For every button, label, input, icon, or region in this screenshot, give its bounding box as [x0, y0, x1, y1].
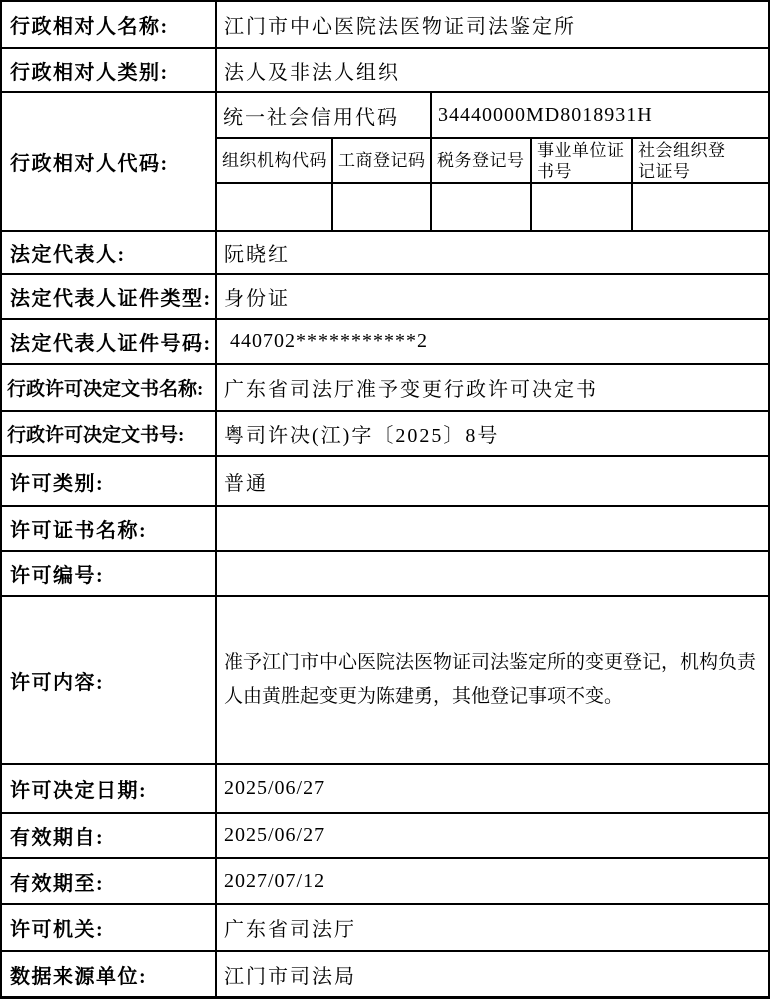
credit-code-label: 统一社会信用代码 — [217, 93, 430, 137]
field-label: 数据来源单位: — [2, 952, 217, 996]
field-value: 身份证 — [217, 275, 768, 318]
credit-code-row: 统一社会信用代码 34440000MD8018931H — [217, 93, 768, 137]
code-headers-row: 组织机构代码 工商登记码 税务登记号 事业单位证书号 社会组织登记证号 — [217, 137, 768, 182]
field-value: 2025/06/27 — [217, 814, 768, 857]
field-value: 广东省司法厅 — [217, 905, 768, 950]
field-label: 行政许可决定文书号: — [2, 412, 217, 455]
value-business-reg — [331, 184, 430, 230]
field-value — [217, 507, 768, 550]
field-value: 2025/06/27 — [217, 765, 768, 812]
row-license-content: 许可内容: 准予江门市中心医院法医物证司法鉴定所的变更登记，机构负责人由黄胜起变… — [2, 595, 768, 763]
field-value: 江门市中心医院法医物证司法鉴定所 — [217, 2, 768, 47]
row-decision-doc-name: 行政许可决定文书名称: 广东省司法厅准予变更行政许可决定书 — [2, 363, 768, 410]
license-record-table: 行政相对人名称: 江门市中心医院法医物证司法鉴定所 行政相对人类别: 法人及非法… — [0, 0, 770, 999]
row-license-cert-name: 许可证书名称: — [2, 505, 768, 550]
row-decision-doc-number: 行政许可决定文书号: 粤司许决(江)字〔2025〕8号 — [2, 410, 768, 455]
field-label: 行政许可决定文书名称: — [2, 365, 217, 410]
field-value — [217, 552, 768, 595]
field-label: 有效期至: — [2, 859, 217, 903]
field-label: 有效期自: — [2, 814, 217, 857]
header-org-code: 组织机构代码 — [217, 139, 331, 182]
field-label: 许可决定日期: — [2, 765, 217, 812]
header-business-reg: 工商登记码 — [331, 139, 430, 182]
row-valid-to: 有效期至: 2027/07/12 — [2, 857, 768, 903]
row-license-number: 许可编号: — [2, 550, 768, 595]
field-value: 广东省司法厅准予变更行政许可决定书 — [217, 365, 768, 410]
row-valid-from: 有效期自: 2025/06/27 — [2, 812, 768, 857]
value-institution-cert — [530, 184, 631, 230]
row-subject-code: 行政相对人代码: 统一社会信用代码 34440000MD8018931H 组织机… — [2, 91, 768, 230]
header-tax-reg: 税务登记号 — [430, 139, 530, 182]
row-subject-type: 行政相对人类别: 法人及非法人组织 — [2, 47, 768, 91]
header-institution-cert: 事业单位证书号 — [530, 139, 631, 182]
field-label: 许可编号: — [2, 552, 217, 595]
field-label: 行政相对人类别: — [2, 49, 217, 91]
row-license-category: 许可类别: 普通 — [2, 455, 768, 505]
header-social-org-cert: 社会组织登记证号 — [631, 139, 768, 182]
row-data-source: 数据来源单位: 江门市司法局 — [2, 950, 768, 996]
field-value: 粤司许决(江)字〔2025〕8号 — [217, 412, 768, 455]
field-value: 江门市司法局 — [217, 952, 768, 996]
field-value: 准予江门市中心医院法医物证司法鉴定所的变更登记，机构负责人由黄胜起变更为陈建勇，… — [217, 597, 768, 763]
field-value: 440702***********2 — [217, 320, 768, 363]
value-org-code — [217, 184, 331, 230]
field-label: 许可证书名称: — [2, 507, 217, 550]
field-value: 法人及非法人组织 — [217, 49, 768, 91]
field-label: 许可类别: — [2, 457, 217, 505]
code-subtable: 统一社会信用代码 34440000MD8018931H 组织机构代码 工商登记码… — [217, 93, 768, 230]
field-value: 普通 — [217, 457, 768, 505]
field-value: 2027/07/12 — [217, 859, 768, 903]
field-label: 许可内容: — [2, 597, 217, 763]
row-licensing-authority: 许可机关: 广东省司法厅 — [2, 903, 768, 950]
field-label: 许可机关: — [2, 905, 217, 950]
row-decision-date: 许可决定日期: 2025/06/27 — [2, 763, 768, 812]
field-label: 行政相对人名称: — [2, 2, 217, 47]
row-cert-type: 法定代表人证件类型: 身份证 — [2, 273, 768, 318]
field-label: 法定代表人: — [2, 232, 217, 273]
field-label: 行政相对人代码: — [2, 93, 217, 230]
code-values-row — [217, 182, 768, 230]
field-value: 阮晓红 — [217, 232, 768, 273]
field-label: 法定代表人证件类型: — [2, 275, 217, 318]
field-label: 法定代表人证件号码: — [2, 320, 217, 363]
value-tax-reg — [430, 184, 530, 230]
value-social-org-cert — [631, 184, 768, 230]
row-subject-name: 行政相对人名称: 江门市中心医院法医物证司法鉴定所 — [2, 2, 768, 47]
row-legal-rep: 法定代表人: 阮晓红 — [2, 230, 768, 273]
row-cert-number: 法定代表人证件号码: 440702***********2 — [2, 318, 768, 363]
credit-code-value: 34440000MD8018931H — [430, 93, 768, 137]
